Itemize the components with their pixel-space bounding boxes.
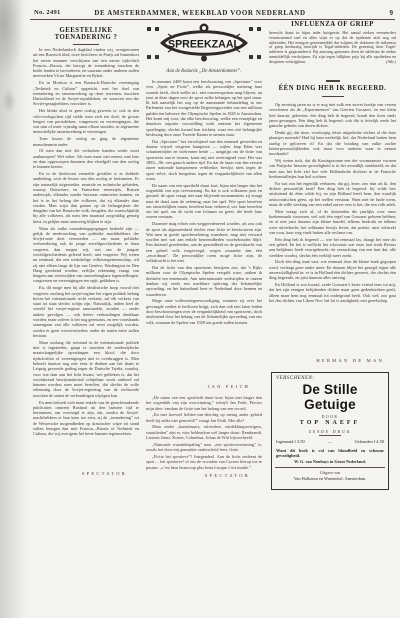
influenza-body: heerscht thans in bijna ieder huisgezin.… xyxy=(269,31,396,77)
middle-column: SPREEKZAAL Aan de Redactie „De Amsterdam… xyxy=(146,22,262,492)
ad-door-label: DOOR xyxy=(276,415,384,419)
right-column: INFLUENZA OF GRIEP heerscht thans in bij… xyxy=(269,21,396,501)
paragraph: Wij weten toch, dat dit Koningszonne een… xyxy=(269,158,396,179)
headline-rule xyxy=(269,96,396,97)
paragraph: Dat de fictie van den sportroem bewijzen… xyxy=(146,265,262,297)
paragraph: En in Moskou is een Russisch-Duitsche ve… xyxy=(33,80,139,106)
left-column: GEESTELIJKE TOENADERING ? In een Nederla… xyxy=(33,27,139,487)
left-article-signature: Spectator xyxy=(33,471,139,476)
ad-review-quote: Want dit boek is vol van blondheid en sc… xyxy=(276,448,384,458)
header-rule xyxy=(30,19,395,20)
paragraph: En men behoeft zich maar enkele van de g… xyxy=(33,400,139,437)
newspaper-page: No. 2491 DE AMSTERDAMMER, WEEKBLAD VOOR … xyxy=(0,0,400,618)
paragraph: „En met hoeveel helden-van-den-dag op me… xyxy=(146,412,262,423)
influenza-headline: INFLUENZA OF GRIEP xyxy=(269,21,396,28)
ad-review-attribution: W. G. van Nouhuys in Groot Nederland. xyxy=(276,459,384,464)
ad-edition: ZESDE DRUK xyxy=(276,429,384,434)
paragraph: „Nationale waardebepaling” naar „een spo… xyxy=(146,442,262,453)
paragraph: Maar zoolang die toestand in de internat… xyxy=(33,340,139,398)
letter-signature: Jan Feith xyxy=(146,384,262,389)
paragraph: In een Nederlandsch dagblad vinden wij, … xyxy=(33,47,139,79)
section-divider xyxy=(269,80,396,82)
ornament-square xyxy=(249,55,253,59)
ad-book-title: De Stille Getuige xyxy=(276,382,384,412)
ornament-square xyxy=(155,55,159,59)
paragraph: Maar als zulke toenaderingspogingen bedo… xyxy=(33,226,139,284)
spreekzaal-banner-text: SPREEKZAAL xyxy=(168,39,240,51)
paragraph: Doch één ding staat vast: wie eenmaal do… xyxy=(269,259,396,280)
masthead: DE AMSTERDAMMER, WEEKBLAD VOOR NEDERLAND xyxy=(0,9,400,17)
paragraph: En in de hierboven vermelde gevallen is … xyxy=(33,171,139,224)
left-article-headline: GEESTELIJKE TOENADERING ? xyxy=(33,27,139,41)
ad-publisher: Van Holkema en Warendorf, Amsterdam. xyxy=(276,476,384,481)
paragraph: In nummer 2469 komt een beschouwing van … xyxy=(146,79,262,137)
ad-price-paperback: Ingenaaid f 3.50 xyxy=(276,439,305,444)
ad-edition-rule xyxy=(319,435,341,436)
paragraph: Het klinkt alsof er geen oorlog geweest … xyxy=(33,108,139,134)
ornament-square xyxy=(257,27,261,31)
paragraph: En Holland is zoo kwaad, zeide Gossaert’… xyxy=(269,282,396,303)
ornament-square xyxy=(155,27,159,31)
paragraph: Of men dan niet die verbroken banden wed… xyxy=(33,148,139,169)
ad-announce: VERSCHENEN: xyxy=(276,376,384,381)
paragraph: Op zeventig jaren na is er nog niet zulk… xyxy=(269,102,396,128)
scan-smudge xyxy=(2,88,16,114)
book-advertisement: VERSCHENEN: De Stille Getuige DOOR TOP N… xyxy=(271,372,389,490)
ad-publisher-intro: Uitgave van xyxy=(276,470,384,475)
een-ding-body: Op zeventig jaren na is er nog niet zulk… xyxy=(269,102,396,354)
influenza-text: heerscht thans in bijna ieder huisgezin.… xyxy=(269,31,396,64)
ad-price-dash: — xyxy=(327,439,331,444)
letter-salutation: Aan de Redactie „De Amsterdammer”. xyxy=(146,69,262,74)
spreekzaal-banner: SPREEKZAAL xyxy=(146,22,262,64)
paragraph: En, dit moge men bij alle idealistische … xyxy=(33,285,139,338)
paragraph: Denkt gij, dat deze, voorloopig felste u… xyxy=(269,130,396,156)
headline-rule xyxy=(73,44,99,45)
paragraph: Maar onder „kunstenaars, uitvinders, ont… xyxy=(146,424,262,440)
paragraph: Moge onze volksvertegenwoordiging, wanne… xyxy=(146,298,262,324)
ad-prices: Ingenaaid f 3.50 — Gebonden f 4.50 xyxy=(276,439,384,444)
ad-author: TOP NAEFF xyxy=(276,420,384,426)
paragraph: „De naam van een sportheld duurt kort; b… xyxy=(146,395,262,411)
advert-signoff: (Adv.) xyxy=(386,60,396,65)
ornament-square xyxy=(257,55,261,59)
left-article-body: In een Nederlandsch dagblad vinden wij, … xyxy=(33,47,139,467)
paragraph: Dat „Spectator” het verschijnsel van den… xyxy=(146,139,262,181)
reply-signature: Spectator xyxy=(146,473,262,478)
paragraph: „Fictie het sportieve”? Integendeel. Aan… xyxy=(146,454,262,470)
paragraph: Daarmee mag echter niet weggeredeneerd w… xyxy=(146,221,262,263)
paragraph: Toen kwam de oorlog en ging de algemeene… xyxy=(33,136,139,147)
een-ding-headline: ÉÉN DING HEB IK BEGEERD. xyxy=(269,85,396,92)
reply-body: „De naam van een sportheld duurt kort; b… xyxy=(146,395,262,471)
ad-publisher-rule xyxy=(275,467,385,468)
paragraph: En wat zou het eigenlijk verbazen, dat g… xyxy=(269,181,396,207)
paragraph: Eén ding heb ik begeerd — wie het eenmaa… xyxy=(269,237,396,258)
ornament-square xyxy=(249,27,253,31)
page-number: 9 xyxy=(390,9,394,17)
ad-price-bound: Gebonden f 4.50 xyxy=(355,439,384,444)
paragraph: Men vraagt zich af, of de duizenden die … xyxy=(269,209,396,235)
spreekzaal-banner-ornament: SPREEKZAAL xyxy=(158,22,250,64)
paragraph: De naam van een sportheld duurt kort; bi… xyxy=(146,183,262,220)
letter-body: In nummer 2469 komt een beschouwing van … xyxy=(146,79,262,381)
ornament-square xyxy=(147,27,151,31)
ornament-square xyxy=(147,55,151,59)
een-ding-signature: Herman de Man xyxy=(269,358,396,363)
